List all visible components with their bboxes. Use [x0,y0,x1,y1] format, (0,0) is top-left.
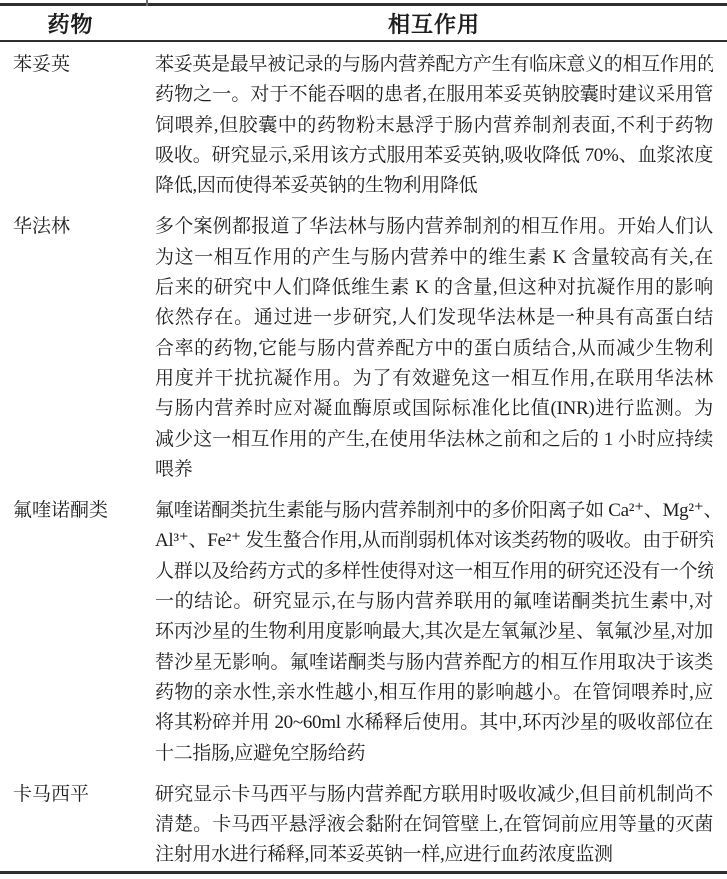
interaction-text-line: 研究显示卡马西平与肠内营养配方联用时吸收减少,但目前机制尚不 [155,780,713,810]
drug-name: 卡马西平 [0,780,155,871]
drug-interaction-table-page: 药物 相互作用 苯妥英 苯妥英是最早被记录的与肠内营养配方产生有临床意义的相互作… [0,0,727,879]
table-body: 苯妥英 苯妥英是最早被记录的与肠内营养配方产生有临床意义的相互作用的 药物之一。… [0,42,727,871]
drug-name: 华法林 [0,212,155,485]
interaction-text-line: 药物的亲水性,亲水性越小,相互作用的影响越小。在管饲喂养时,应 [155,678,713,708]
table-row: 苯妥英 苯妥英是最早被记录的与肠内营养配方产生有临床意义的相互作用的 药物之一。… [0,50,727,201]
interaction-text-line: 喂养 [155,455,713,485]
column-header-interaction: 相互作用 [141,8,727,39]
drug-name: 苯妥英 [0,50,155,201]
drug-name: 氟喹诺酮类 [0,496,155,769]
interaction-text-line: 十二指肠,应避免空肠给药 [155,739,713,769]
interaction-text-line: 替沙星无影响。氟喹诺酮类与肠内营养配方的相互作用取决于该类 [155,648,713,678]
interaction-cell: 研究显示卡马西平与肠内营养配方联用时吸收减少,但目前机制尚不 清楚。卡马西平悬浮… [155,780,713,871]
scan-tick-mark [146,0,148,6]
table-row: 卡马西平 研究显示卡马西平与肠内营养配方联用时吸收减少,但目前机制尚不 清楚。卡… [0,780,727,871]
interaction-text-line: 环丙沙星的生物利用度影响最大,其次是左氧氟沙星、氧氟沙星,对加 [155,617,713,647]
table-header-row: 药物 相互作用 [0,6,727,40]
interaction-text-line: 降低,因而使得苯妥英钠的生物利用降低 [155,171,713,201]
interaction-text-line: 依然存在。通过进一步研究,人们发现华法林是一种具有高蛋白结 [155,303,713,333]
interaction-text-line: 人群以及给药方式的多样性使得对这一相互作用的研究还没有一个统 [155,557,713,587]
interaction-text-line: 注射用水进行稀释,同苯妥英钠一样,应进行血药浓度监测 [155,840,713,870]
interaction-cell: 多个案例都报道了华法林与肠内营养制剂的相互作用。开始人们认 为这一相互作用的产生… [155,212,713,485]
interaction-text-line: 合率的药物,它能与肠内营养配方中的蛋白质结合,从而减少生物利 [155,334,713,364]
interaction-text-line: 用度并干扰抗凝作用。为了有效避免这一相互作用,在联用华法林 [155,364,713,394]
interaction-text-line: Al³⁺、Fe²⁺ 发生螯合作用,从而削弱机体对该类药物的吸收。由于研究 [155,526,713,556]
interaction-cell: 苯妥英是最早被记录的与肠内营养配方产生有临床意义的相互作用的 药物之一。对于不能… [155,50,713,201]
interaction-text-line: 多个案例都报道了华法林与肠内营养制剂的相互作用。开始人们认 [155,212,713,242]
interaction-text-line: 一的结论。研究显示,在与肠内营养联用的氟喹诺酮类抗生素中,对 [155,587,713,617]
column-header-drug: 药物 [0,8,141,39]
interaction-text-line: 为这一相互作用的产生与肠内营养中的维生素 K 含量较高有关,在 [155,243,713,273]
interaction-text-line: 将其粉碎并用 20~60ml 水稀释后使用。其中,环丙沙星的吸收部位在 [155,708,713,738]
interaction-text-line: 与肠内营养时应对凝血酶原或国际标准化比值(INR)进行监测。为 [155,394,713,424]
table-row: 氟喹诺酮类 氟喹诺酮类抗生素能与肠内营养制剂中的多价阳离子如 Ca²⁺、Mg²⁺… [0,496,727,769]
interaction-text-line: 后来的研究中人们降低维生素 K 的含量,但这种对抗凝作用的影响 [155,273,713,303]
interaction-text-line: 药物之一。对于不能吞咽的患者,在服用苯妥英钠胶囊时建议采用管 [155,80,713,110]
interaction-text-line: 清楚。卡马西平悬浮液会黏附在饲管壁上,在管饲前应用等量的灭菌 [155,810,713,840]
interaction-text-line: 苯妥英是最早被记录的与肠内营养配方产生有临床意义的相互作用的 [155,50,713,80]
table-row: 华法林 多个案例都报道了华法林与肠内营养制剂的相互作用。开始人们认 为这一相互作… [0,212,727,485]
interaction-cell: 氟喹诺酮类抗生素能与肠内营养制剂中的多价阳离子如 Ca²⁺、Mg²⁺、 Al³⁺… [155,496,713,769]
interaction-text-line: 氟喹诺酮类抗生素能与肠内营养制剂中的多价阳离子如 Ca²⁺、Mg²⁺、 [155,496,713,526]
table-bottom-border [0,871,727,874]
interaction-text-line: 减少这一相互作用的产生,在使用华法林之前和之后的 1 小时应持续 [155,425,713,455]
interaction-text-line: 饲喂养,但胶囊中的药物粉末悬浮于肠内营养制剂表面,不利于药物 [155,111,713,141]
interaction-text-line: 吸收。研究显示,采用该方式服用苯妥英钠,吸收降低 70%、血浆浓度 [155,141,713,171]
